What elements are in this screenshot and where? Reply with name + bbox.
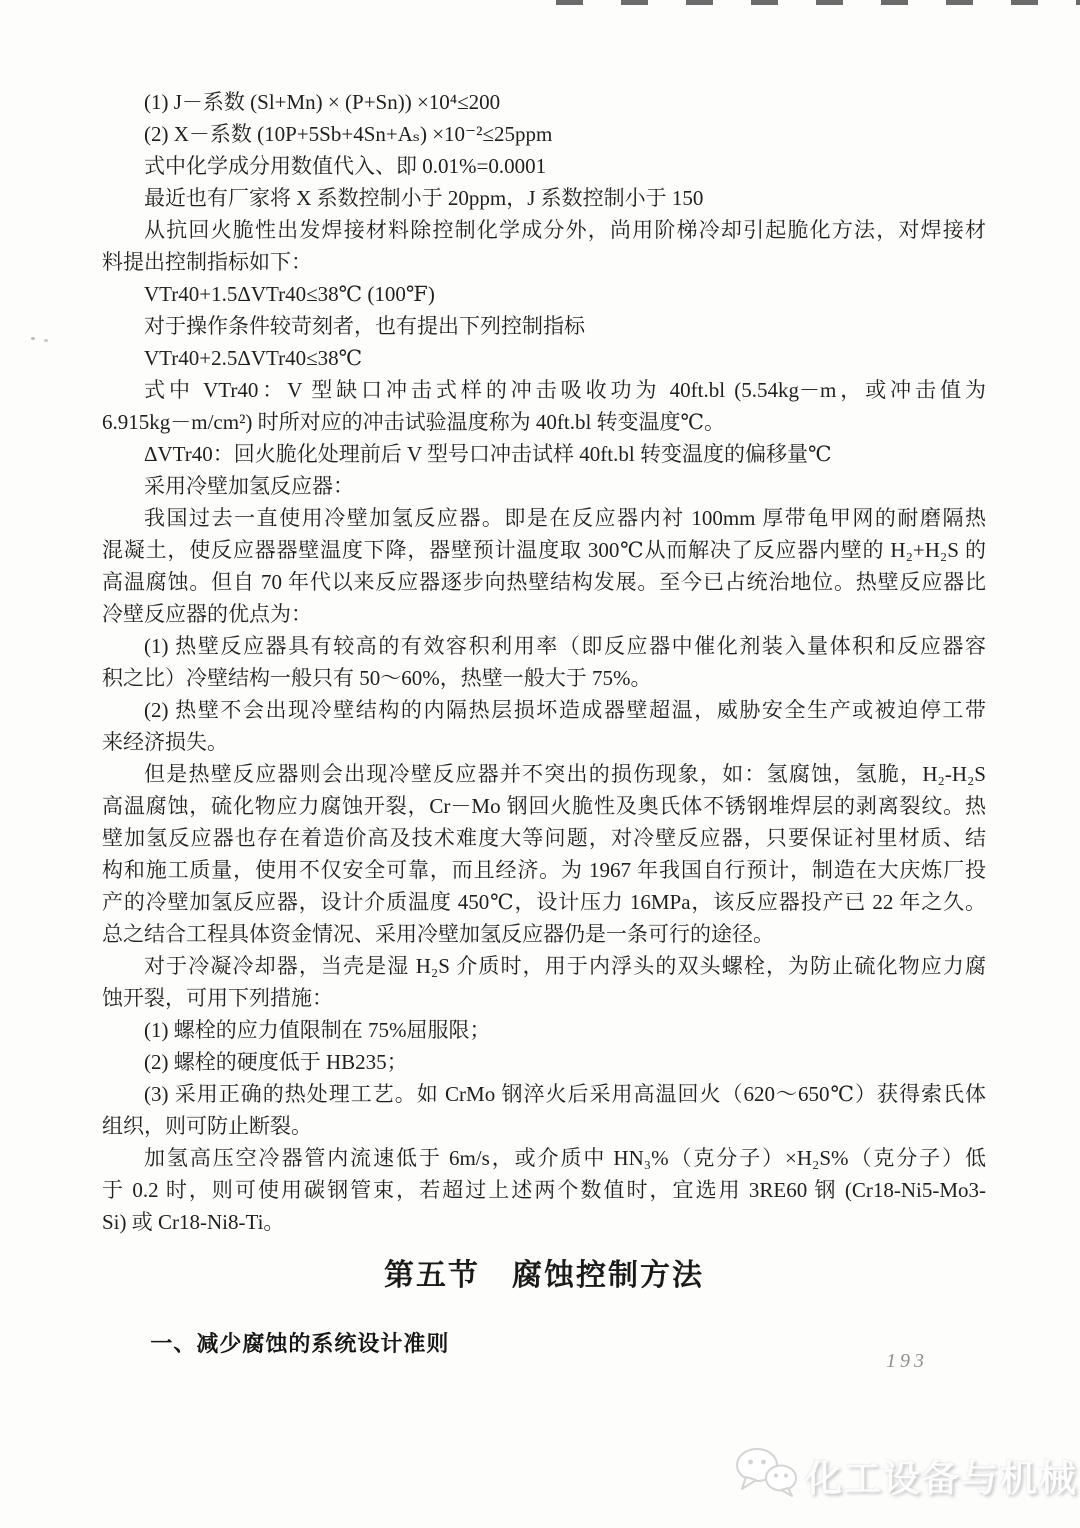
text-line: 对于冷凝冷却器，当壳是湿 H₂S 介质时，用于内浮头的双头螺栓，为防止硫化物应力… (102, 950, 986, 982)
text-line: 高温腐蚀。但自 70 年代以来反应器逐步向热壁结构发展。至今已占统治地位。热壁反… (102, 566, 986, 598)
text-line: (1) J－系数 (Sl+Mn) × (P+Sn)) ×10⁴≤200 (102, 86, 986, 118)
text-line: 组织，则可防止断裂。 (102, 1110, 986, 1142)
text-line: 6.915kg－m/cm²) 时所对应的冲击试验温度称为 40ft.bl 转变温… (102, 406, 986, 438)
text-line: (3) 采用正确的热处理工艺。如 CrMo 钢淬火后采用高温回火（620～650… (102, 1078, 986, 1110)
text-line: (1) 热壁反应器具有较高的有效容积利用率（即反应器中催化剂装入量体积和反应器容 (102, 630, 986, 662)
text-line: 对于操作条件较苛刻者，也有提出下列控制指标 (102, 310, 986, 342)
text-line: 积之比）冷壁结构一般只有 50～60%，热壁一般大于 75%。 (102, 662, 986, 694)
text-line: 蚀开裂，可用下列措施： (102, 982, 986, 1014)
scanned-document-page: (1) J－系数 (Sl+Mn) × (P+Sn)) ×10⁴≤200(2) X… (0, 0, 1080, 1528)
text-line: 但是热壁反应器则会出现冷壁反应器并不突出的损伤现象，如：氢腐蚀，氢脆，H₂-H₂… (102, 758, 986, 790)
text-line: VTr40+1.5ΔVTr40≤38℃ (100℉) (102, 278, 986, 310)
text-line: 高温腐蚀，硫化物应力腐蚀开裂，Cr－Mo 钢回火脆性及奥氏体不锈钢堆焊层的剥离裂… (102, 790, 986, 822)
text-line: 产的冷壁加氢反应器，设计介质温度 450℃，设计压力 16MPa，该反应器投产已… (102, 886, 986, 918)
text-line: (1) 螺栓的应力值限制在 75%屈服限； (102, 1014, 986, 1046)
text-line: 料提出控制指标如下： (102, 246, 986, 278)
subsection-heading: 一、减少腐蚀的系统设计准则 (102, 1328, 986, 1360)
scan-artifact-dashes (556, 0, 1080, 5)
document-body: (1) J－系数 (Sl+Mn) × (P+Sn)) ×10⁴≤200(2) X… (102, 86, 986, 1360)
text-line: 混凝土，使反应器器壁温度下降，器壁预计温度取 300℃从而解决了反应器内壁的 H… (102, 534, 986, 566)
text-line: (2) X－系数 (10P+5Sb+4Sn+Aₛ) ×10⁻²≤25ppm (102, 118, 986, 150)
text-lines: (1) J－系数 (Sl+Mn) × (P+Sn)) ×10⁴≤200(2) X… (102, 86, 986, 1238)
text-line: 冷壁反应器的优点为： (102, 598, 986, 630)
text-line: 采用冷壁加氢反应器： (102, 470, 986, 502)
scan-artifact-dots (31, 337, 35, 340)
text-line: 于 0.2 时，则可使用碳钢管束，若超过上述两个数值时，宜选用 3RE60 钢 … (102, 1174, 986, 1206)
text-line: 加氢高压空冷器管内流速低于 6m/s，或介质中 HN₃%（克分子）×H₂S%（克… (102, 1142, 986, 1174)
text-line: ΔVTr40：回火脆化处理前后 V 型号口冲击试样 40ft.bl 转变温度的偏… (102, 438, 986, 470)
text-line: 最近也有厂家将 X 系数控制小于 20ppm，J 系数控制小于 150 (102, 182, 986, 214)
text-line: 从抗回火脆性出发焊接材料除控制化学成分外，尚用阶梯冷却引起脆化方法，对焊接材 (102, 214, 986, 246)
text-line: 式中化学成分用数值代入、即 0.01%=0.0001 (102, 150, 986, 182)
section-title: 第五节 腐蚀控制方法 (102, 1260, 986, 1292)
text-line: Si) 或 Cr18-Ni8-Ti。 (102, 1206, 986, 1238)
text-line: 壁加氢反应器也存在着造价高及技术难度大等问题，对冷壁反应器，只要保证衬里材质、结 (102, 822, 986, 854)
text-line: 来经济损失。 (102, 726, 986, 758)
text-line: 式中 VTr40：V 型缺口冲击式样的冲击吸收功为 40ft.bl (5.54k… (102, 374, 986, 406)
wechat-icon (734, 1446, 798, 1503)
text-line: (2) 螺栓的硬度低于 HB235； (102, 1046, 986, 1078)
watermark-text: 化工设备与机械 (805, 1448, 1078, 1502)
text-line: 总之结合工程具体资金情况、采用冷壁加氢反应器仍是一条可行的途径。 (102, 918, 986, 950)
text-line: 构和施工质量，使用不仅安全可靠，而且经济。为 1967 年我国自行预计，制造在大… (102, 854, 986, 886)
text-line: 我国过去一直使用冷壁加氢反应器。即是在反应器内衬 100mm 厚带龟甲网的耐磨隔… (102, 502, 986, 534)
page-number: 193 (886, 1350, 928, 1373)
watermark: 化工设备与机械 (734, 1446, 1078, 1503)
text-line: VTr40+2.5ΔVTr40≤38℃ (102, 342, 986, 374)
text-line: (2) 热壁不会出现冷壁结构的内隔热层损坏造成器壁超温，威胁安全生产或被迫停工带 (102, 694, 986, 726)
